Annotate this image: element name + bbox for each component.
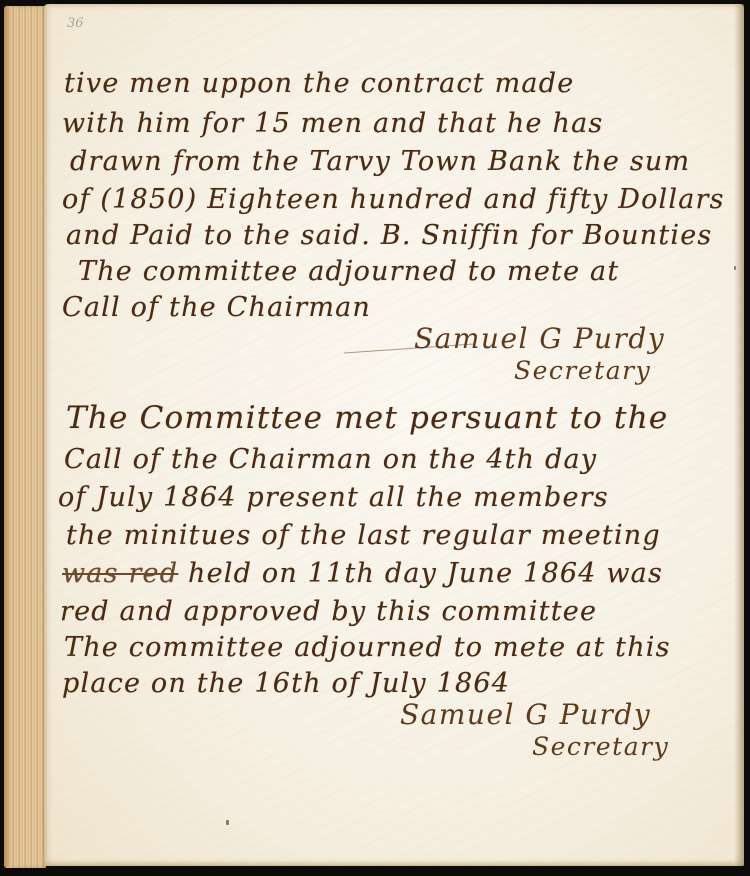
page-number: 36 <box>67 16 84 31</box>
manuscript-page: 36 tive men uppon the contract made with… <box>44 4 744 866</box>
ink-speck <box>734 266 736 270</box>
entry-1-line: and Paid to the said. B. Sniffin for Bou… <box>66 220 712 251</box>
entry-2-line: the minitues of the last regular meeting <box>66 520 661 551</box>
page-edges <box>4 6 46 868</box>
entry-2-line-text: held on 11th day June 1864 was <box>188 558 663 589</box>
signature-title: Secretary <box>532 732 669 761</box>
signature-name: Samuel G Purdy <box>414 322 665 355</box>
ink-speck <box>226 820 229 825</box>
signature-title: Secretary <box>514 356 651 385</box>
entry-1-line: tive men uppon the contract made <box>64 68 574 99</box>
entry-2-line: The committee adjourned to mete at this <box>64 632 671 663</box>
entry-2-line-with-strikeout: was red held on 11th day June 1864 was <box>62 558 663 589</box>
entry-2-line: Call of the Chairman on the 4th day <box>64 444 597 475</box>
entry-2-line: of July 1864 present all the members <box>58 482 609 513</box>
entry-2-line: The Committee met persuant to the <box>66 400 668 436</box>
entry-2-line: place on the 16th of July 1864 <box>62 668 510 699</box>
entry-2-line: red and approved by this committee <box>60 596 597 627</box>
entry-1-line: The committee adjourned to mete at <box>78 256 619 287</box>
book-scan: 36 tive men uppon the contract made with… <box>0 0 750 876</box>
signature-name: Samuel G Purdy <box>400 698 651 731</box>
entry-1-line: Call of the Chairman <box>62 292 371 323</box>
struck-out-text: was red <box>62 558 178 589</box>
entry-1-line: drawn from the Tarvy Town Bank the sum <box>70 146 690 177</box>
entry-1-line: of (1850) Eighteen hundred and fifty Dol… <box>62 184 725 215</box>
entry-1-line: with him for 15 men and that he has <box>62 108 603 139</box>
